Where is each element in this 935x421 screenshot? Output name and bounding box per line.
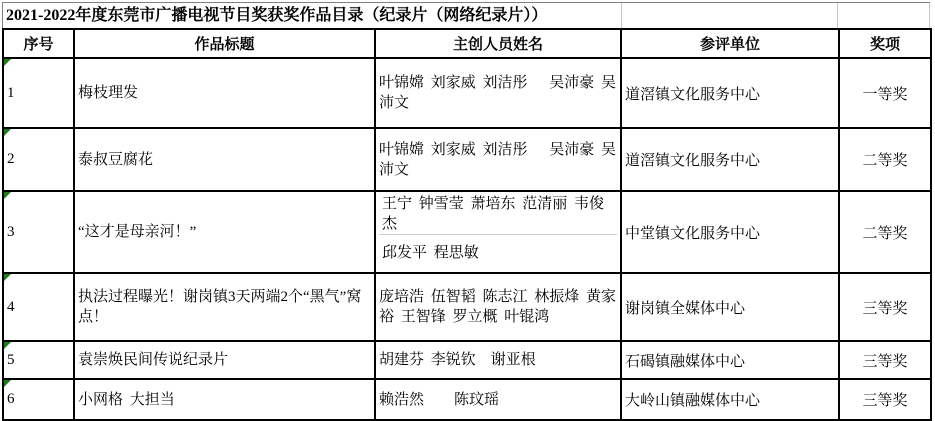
gridline	[621, 3, 622, 28]
unit-name: 中堂镇文化服务中心	[625, 226, 760, 242]
creator-names: 叶锦嫦 刘家威 刘洁彤 吴沛豪 吴沛文	[379, 140, 617, 180]
error-indicator-triangle-icon	[4, 342, 11, 349]
title-row: 2021-2022年度东莞市广播电视节目奖获奖作品目录（纪录片（网络纪录片））	[2, 2, 930, 28]
creator-names: 胡建芬 李锐钦 谢亚根	[379, 350, 617, 370]
award-name: 三等奖	[862, 354, 907, 370]
cell-work-title[interactable]: 梅枝理发	[74, 58, 375, 128]
column-header-creators[interactable]: 主创人员姓名	[375, 29, 621, 58]
cell-row-number[interactable]: 3	[3, 191, 74, 273]
page-title: 2021-2022年度东莞市广播电视节目奖获奖作品目录（纪录片（网络纪录片））	[3, 3, 547, 28]
cell-unit[interactable]: 中堂镇文化服务中心	[621, 191, 839, 273]
work-title: 小网格 大担当	[78, 392, 175, 408]
cell-award[interactable]: 三等奖	[839, 273, 931, 341]
cell-award[interactable]: 一等奖	[839, 58, 931, 128]
cell-work-title[interactable]: 小网格 大担当	[74, 379, 375, 420]
cell-unit[interactable]: 石碣镇融媒体中心	[621, 341, 839, 379]
error-indicator-triangle-icon	[4, 59, 11, 66]
gridline	[837, 3, 838, 28]
table-row: 2 泰叔豆腐花 叶锦嫦 刘家威 刘洁彤 吴沛豪 吴沛文 道滘镇文化服务中心 二等…	[3, 128, 931, 191]
creator-names: 叶锦嫦 刘家威 刘洁彤 吴沛豪 吴沛文	[379, 73, 617, 113]
row-number: 6	[7, 391, 15, 407]
cell-creators[interactable]: 叶锦嫦 刘家威 刘洁彤 吴沛豪 吴沛文	[375, 128, 621, 191]
work-title: 泰叔豆腐花	[78, 152, 153, 168]
column-header-index[interactable]: 序号	[3, 29, 74, 58]
table-row: 5 袁崇焕民间传说纪录片 胡建芬 李锐钦 谢亚根 石碣镇融媒体中心 三等奖	[3, 341, 931, 379]
creator-names-group-2: 邱发平 程思敏	[379, 235, 617, 272]
creator-names: 庞培浩 伍智韬 陈志江 林振烽 黄家裕 王智锋 罗立概 叶锟鸿	[379, 287, 617, 327]
cell-row-number[interactable]: 6	[3, 379, 74, 420]
table-row: 1 梅枝理发 叶锦嫦 刘家威 刘洁彤 吴沛豪 吴沛文 道滘镇文化服务中心 一等奖	[3, 58, 931, 128]
cell-row-number[interactable]: 2	[3, 128, 74, 191]
cell-row-number[interactable]: 4	[3, 273, 74, 341]
cell-row-number[interactable]: 1	[3, 58, 74, 128]
cell-creators[interactable]: 庞培浩 伍智韬 陈志江 林振烽 黄家裕 王智锋 罗立概 叶锟鸿	[375, 273, 621, 341]
header-row: 序号 作品标题 主创人员姓名 参评单位 奖项	[3, 29, 931, 58]
row-number: 1	[7, 85, 15, 101]
award-name: 一等奖	[862, 87, 907, 103]
cell-award[interactable]: 二等奖	[839, 128, 931, 191]
work-title: 梅枝理发	[78, 85, 138, 101]
award-name: 三等奖	[862, 393, 907, 409]
work-title: 袁崇焕民间传说纪录片	[78, 352, 228, 368]
row-number: 2	[7, 151, 15, 167]
row-number: 3	[7, 224, 15, 240]
error-indicator-triangle-icon	[4, 129, 11, 136]
unit-name: 谢岗镇全媒体中心	[625, 301, 745, 317]
creator-names: 赖浩然 陈玟瑶	[379, 390, 617, 410]
gridline	[929, 3, 930, 28]
error-indicator-triangle-icon	[4, 274, 11, 281]
cell-creators[interactable]: 王宁 钟雪莹 萧培东 范清丽 韦俊杰 邱发平 程思敏	[375, 191, 621, 273]
spreadsheet-view: 2021-2022年度东莞市广播电视节目奖获奖作品目录（纪录片（网络纪录片）） …	[0, 0, 935, 421]
cell-award[interactable]: 三等奖	[839, 379, 931, 420]
table-row: 4 执法过程曝光！谢岗镇3天两端2个“黑气”窝点！ 庞培浩 伍智韬 陈志江 林振…	[3, 273, 931, 341]
column-header-unit[interactable]: 参评单位	[621, 29, 839, 58]
unit-name: 道滘镇文化服务中心	[625, 87, 760, 103]
table-row: 6 小网格 大担当 赖浩然 陈玟瑶 大岭山镇融媒体中心 三等奖	[3, 379, 931, 420]
cell-creators[interactable]: 胡建芬 李锐钦 谢亚根	[375, 341, 621, 379]
cell-unit[interactable]: 道滘镇文化服务中心	[621, 58, 839, 128]
award-name: 二等奖	[862, 226, 907, 242]
awards-table: 序号 作品标题 主创人员姓名 参评单位 奖项 1 梅枝理发 叶锦嫦 刘家威 刘洁…	[2, 28, 932, 421]
cell-unit[interactable]: 道滘镇文化服务中心	[621, 128, 839, 191]
cell-creators[interactable]: 叶锦嫦 刘家威 刘洁彤 吴沛豪 吴沛文	[375, 58, 621, 128]
cell-row-number[interactable]: 5	[3, 341, 74, 379]
error-indicator-triangle-icon	[4, 380, 11, 387]
cell-creators[interactable]: 赖浩然 陈玟瑶	[375, 379, 621, 420]
cell-award[interactable]: 三等奖	[839, 341, 931, 379]
cell-work-title[interactable]: 执法过程曝光！谢岗镇3天两端2个“黑气”窝点！	[74, 273, 375, 341]
table-row: 3 “这才是母亲河！” 王宁 钟雪莹 萧培东 范清丽 韦俊杰 邱发平 程思敏 中…	[3, 191, 931, 273]
work-title: “这才是母亲河！”	[78, 224, 196, 240]
row-number: 4	[7, 299, 15, 315]
unit-name: 道滘镇文化服务中心	[625, 153, 760, 169]
creator-names-group-1: 王宁 钟雪莹 萧培东 范清丽 韦俊杰	[379, 193, 617, 235]
column-header-work-title[interactable]: 作品标题	[74, 29, 375, 58]
row-number: 5	[7, 352, 15, 368]
cell-work-title[interactable]: 泰叔豆腐花	[74, 128, 375, 191]
cell-work-title[interactable]: 袁崇焕民间传说纪录片	[74, 341, 375, 379]
cell-award[interactable]: 二等奖	[839, 191, 931, 273]
unit-name: 大岭山镇融媒体中心	[625, 393, 760, 409]
column-header-award[interactable]: 奖项	[839, 29, 931, 58]
error-indicator-triangle-icon	[4, 192, 11, 199]
cell-unit[interactable]: 大岭山镇融媒体中心	[621, 379, 839, 420]
cell-work-title[interactable]: “这才是母亲河！”	[74, 191, 375, 273]
work-title: 执法过程曝光！谢岗镇3天两端2个“黑气”窝点！	[78, 289, 361, 325]
cell-unit[interactable]: 谢岗镇全媒体中心	[621, 273, 839, 341]
award-name: 二等奖	[862, 153, 907, 169]
award-name: 三等奖	[862, 301, 907, 317]
unit-name: 石碣镇融媒体中心	[625, 354, 745, 370]
